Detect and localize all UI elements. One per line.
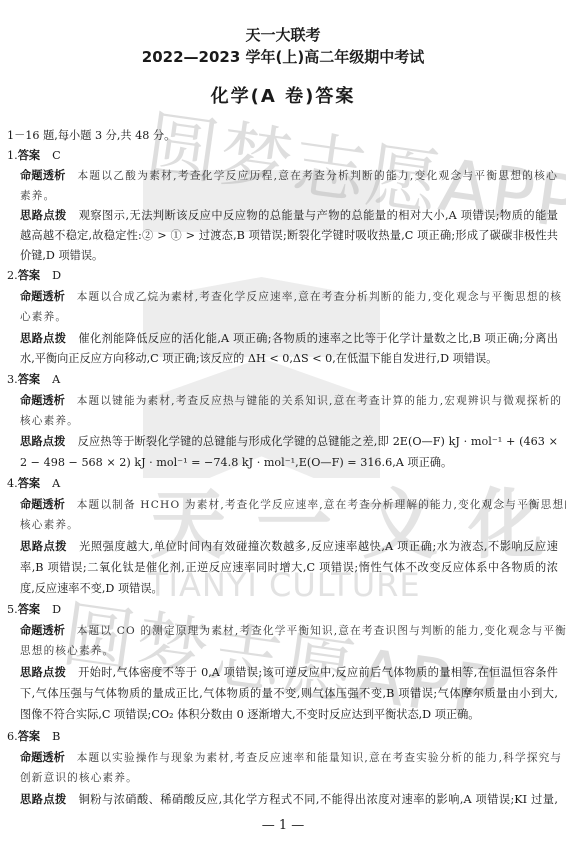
question-1-analysis-cont: 素养。 <box>20 186 55 206</box>
question-5-hint-cont: 下,气体压强与气体物质的量成正比,气体物质的量不变,则气体压强不变,B 项错误;… <box>20 684 558 704</box>
subject-title: 化学(A 卷)答案 <box>0 82 566 108</box>
question-1-hint-cont: 价键,D 项错误。 <box>20 246 103 266</box>
question-3-answer: 3.答案A <box>7 370 60 390</box>
page-number: — 1 — <box>0 818 566 833</box>
question-6-analysis-cont: 创新意识的核心素养。 <box>20 768 138 788</box>
question-3-analysis-cont: 核心素养。 <box>20 411 79 431</box>
question-3-hint: 思路点拨反应热等于断裂化学键的总键能与形成化学键的总键能之差,即 2E(O—F)… <box>20 432 558 452</box>
answer-value: C <box>52 149 61 162</box>
exam-name-title: 2022—2023 学年(上)高二年级期中考试 <box>0 46 566 67</box>
question-1-hint-cont: 越高越不稳定,故稳定性:② > ① > 过渡态,B 项错误;断裂化学键时吸收热量… <box>20 226 558 246</box>
question-2-hint: 思路点拨催化剂能降低反应的活化能,A 项正确;各物质的速率之比等于化学计量数之比… <box>20 329 558 349</box>
question-2-analysis-cont: 心素养。 <box>20 307 67 327</box>
answer-value: A <box>52 373 60 386</box>
question-2-hint-cont: 水,平衡向正反应方向移动,C 项正确;该反应的 ΔH < 0,ΔS < 0,在低… <box>20 349 497 369</box>
question-1-analysis: 命题透析本题以乙酸为素材,考查化学反应历程,意在考查分析判断的能力,变化观念与平… <box>20 166 558 186</box>
question-5-hint: 思路点拨开始时,气体密度不等于 0,A 项错误;该可逆反应中,反应前后气体物质的… <box>20 663 558 683</box>
question-4-analysis: 命题透析本题以制备 HCHO 为素材,考查化学反应速率,意在考查分析理解的能力,… <box>20 495 558 515</box>
answer-value: B <box>52 730 60 743</box>
answer-value: A <box>52 477 60 490</box>
question-5-answer: 5.答案D <box>7 600 61 620</box>
question-5-analysis-cont: 思想的核心素养。 <box>20 641 114 661</box>
question-4-hint: 思路点拨光照强度越大,单位时间内有效碰撞次数越多,反应速率越快,A 项正确;水为… <box>20 537 558 557</box>
question-5-analysis: 命题透析本题以 CO 的测定原理为素材,考查化学平衡知识,意在考查识图与判断的能… <box>20 621 558 641</box>
scoring-intro: 1－16 题,每小题 3 分,共 48 分。 <box>7 126 175 146</box>
question-6-hint: 思路点拨铜粉与浓硝酸、稀硝酸反应,其化学方程式不同,不能得出浓度对速率的影响,A… <box>20 790 558 810</box>
question-4-analysis-cont: 核心素养。 <box>20 515 79 535</box>
question-6-analysis: 命题透析本题以实验操作与现象为素材,考查反应速率和能量知识,意在考查实验分析的能… <box>20 748 558 768</box>
question-4-hint-cont: 率,B 项错误;二氧化钛是催化剂,正逆反应速率同时增大,C 项错误;惰性气体不改… <box>20 558 558 578</box>
question-6-answer: 6.答案B <box>7 727 60 747</box>
question-3-hint-cont: 2 − 498 − 568 × 2) kJ · mol⁻¹ = −74.8 kJ… <box>20 453 452 473</box>
answer-value: D <box>52 269 61 282</box>
exam-org-title: 天一大联考 <box>0 24 566 45</box>
question-4-answer: 4.答案A <box>7 474 60 494</box>
question-4-hint-cont: 度,反应速率不变,D 项错误。 <box>20 579 163 599</box>
question-1-answer: 1.答案C <box>7 146 61 166</box>
answer-value: D <box>52 603 61 616</box>
question-2-analysis: 命题透析本题以合成乙烷为素材,考查化学反应速率,意在考查分析判断的能力,变化观念… <box>20 287 558 307</box>
question-2-answer: 2.答案D <box>7 266 61 286</box>
question-1-hint: 思路点拨观察图示,无法判断该反应中反应物的总能量与产物的总能量的相对大小,A 项… <box>20 206 558 226</box>
question-5-hint-cont: 图像不符合实际,C 项错误;CO₂ 体积分数由 0 逐渐增大,不变时反应达到平衡… <box>20 705 479 725</box>
question-3-analysis: 命题透析本题以键能为素材,考查反应热与键能的关系知识,意在考查计算的能力,宏观辨… <box>20 391 558 411</box>
